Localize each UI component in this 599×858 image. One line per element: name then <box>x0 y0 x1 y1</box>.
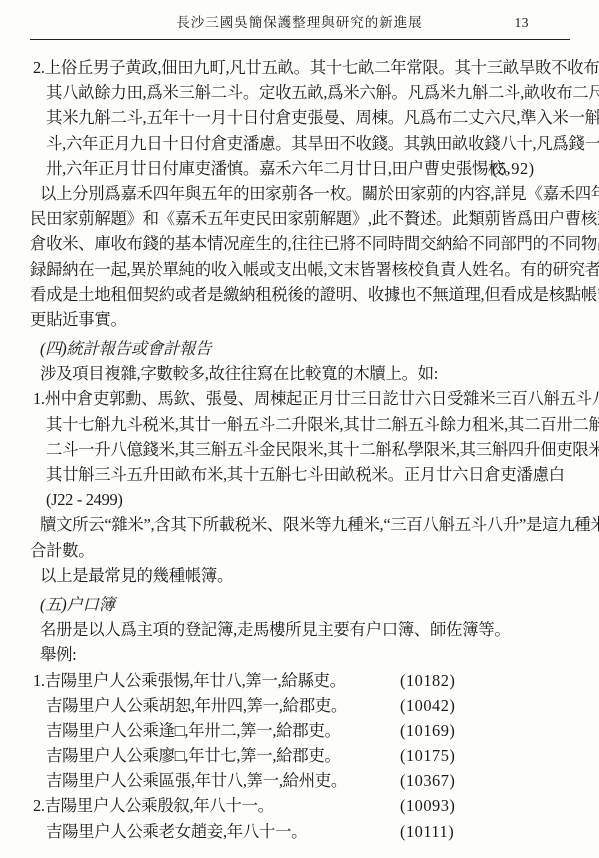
line-text: 1.吉陽里户人公乘張惕,年廿八,筭一,給縣吏。 <box>33 671 346 690</box>
section-heading: (四)統計報告或會計報告 <box>30 336 590 361</box>
text-line: 卅,六年正月廿日付庫吏潘慎。嘉禾六年二月廿日,田户曹史張惕校。(5.92) <box>30 156 590 181</box>
body-text: 2.上俗丘男子黄政,佃田九町,凡廿五畝。其十七畝二年常限。其十三畝旱敗不收布。其… <box>30 55 590 844</box>
text-line: 倉收米、庫收布錢的基本情况産生的,往往已將不同時間交納給不同部門的不同物品的記 <box>30 231 590 256</box>
text-line: 名册是以人爲主項的登記簿,走馬樓所見主要有户口簿、師佐簿等。 <box>30 617 590 642</box>
text-line: 斗,六年正月九日十日付倉吏潘慮。其旱田不收錢。其孰田畝收錢八十,凡爲錢一千 <box>30 131 590 156</box>
text-line: 吉陽里户人公乘胡恕,年卅四,筭一,給郡吏。(10042) <box>30 693 590 718</box>
slip-number: (10175) <box>400 743 455 768</box>
line-text: 其十七斛九斗税米,其廿一斛五斗二升限米,其廿二斛五斗餘力租米,其二百卅二斛 <box>46 415 599 434</box>
line-text: 斗,六年正月九日十日付倉吏潘慮。其旱田不收錢。其孰田畝收錢八十,凡爲錢一千 <box>46 134 599 153</box>
line-text: 二斗一升八億錢米,其三斛五斗金民限米,其十二斛私學限米,其三斛四升佃吏限米, <box>46 440 599 459</box>
line-text: 吉陽里户人公乘胡恕,年卅四,筭一,給郡吏。 <box>46 696 347 715</box>
text-line: 2.吉陽里户人公乘殷叙,年八十一。(10093) <box>30 793 590 818</box>
text-line: 舉例: <box>30 642 590 667</box>
text-line: 合計數。 <box>30 538 590 563</box>
text-line: 涉及項目複雜,字數較多,故往往寫在比較寬的木牘上。如: <box>30 361 590 386</box>
text-line: 其八畝餘力田,爲米三斛二斗。定收五畝,爲米六斛。凡爲米九斛二斗,畝收布二尺。 <box>30 80 590 105</box>
line-text: 2.上俗丘男子黄政,佃田九町,凡廿五畝。其十七畝二年常限。其十三畝旱敗不收布。 <box>33 58 599 77</box>
text-line: 録歸納在一起,異於單純的收入帳或支出帳,文末皆署核校負責人姓名。有的研究者把它 <box>30 257 590 282</box>
line-text: 吉陽里户人公乘老女趙妾,年八十一。 <box>46 822 307 841</box>
text-line: 吉陽里户人公乘區張,年廿八,筭一,給州吏。(10367) <box>30 768 590 793</box>
line-text: (四)統計報告或會計報告 <box>40 339 211 358</box>
text-line: 民田家莂解題》和《嘉禾五年吏民田家莂解題》,此不贅述。此類莂皆爲田户曹核對田家及 <box>30 206 590 231</box>
slip-number: (10111) <box>400 819 454 844</box>
slip-number: (10182) <box>400 668 455 693</box>
text-line: 吉陽里户人公乘老女趙妾,年八十一。(10111) <box>30 819 590 844</box>
text-line: 看成是土地租佃契約或者是繳納租税後的證明、收據也不無道理,但看成是核點帳簿可能 <box>30 282 590 307</box>
line-text: 吉陽里户人公乘逢□,年卅二,筭一,給郡吏。 <box>46 721 341 740</box>
line-text: 民田家莂解題》和《嘉禾五年吏民田家莂解題》,此不贅述。此類莂皆爲田户曹核對田家及 <box>30 209 599 228</box>
line-text: 2.吉陽里户人公乘殷叙,年八十一。 <box>33 796 274 815</box>
line-text: 卅,六年正月廿日付庫吏潘慎。嘉禾六年二月廿日,田户曹史張惕校。 <box>46 159 520 178</box>
text-line: (J22 - 2499) <box>30 487 590 512</box>
line-text: 録歸納在一起,異於單純的收入帳或支出帳,文末皆署核校負責人姓名。有的研究者把它 <box>30 260 599 279</box>
page-header: 長沙三國吳簡保護整理與研究的新進展 13 <box>30 11 569 35</box>
line-text: 1.州中倉吏郭勳、馬欽、張曼、周棟起正月廿三日訖廿六日受雜米三百八斛五斗八升。 <box>33 389 599 408</box>
text-line: 其廿斛三斗五升田畝布米,其十五斛七斗田畝税米。正月廿六日倉吏潘慮白 <box>30 462 590 487</box>
line-text: 以上是最常見的幾種帳簿。 <box>40 566 233 585</box>
line-text: 舉例: <box>40 645 76 664</box>
line-text: 更貼近事實。 <box>30 310 127 329</box>
text-line: 吉陽里户人公乘逢□,年卅二,筭一,給郡吏。(10169) <box>30 718 590 743</box>
text-line: 更貼近事實。 <box>30 307 590 332</box>
slip-number: (10093) <box>400 793 455 818</box>
text-line: 牘文所云“雜米”,含其下所載税米、限米等九種米,“三百八斛五斗八升”是這九種米的 <box>30 512 590 537</box>
text-line: 以上是最常見的幾種帳簿。 <box>30 563 590 588</box>
section-heading: (五)户口簿 <box>30 592 590 617</box>
slip-number: (10169) <box>400 718 455 743</box>
text-line: 其十七斛九斗税米,其廿一斛五斗二升限米,其廿二斛五斗餘力租米,其二百卅二斛 <box>30 412 590 437</box>
page-number: 13 <box>515 11 530 35</box>
text-line: 1.州中倉吏郭勳、馬欽、張曼、周棟起正月廿三日訖廿六日受雜米三百八斛五斗八升。 <box>30 386 590 411</box>
line-text: 以上分別爲嘉禾四年與五年的田家莂各一枚。關於田家莂的内容,詳見《嘉禾四年吏 <box>40 184 599 203</box>
slip-number: (5.92) <box>492 156 535 181</box>
running-title: 長沙三國吳簡保護整理與研究的新進展 <box>30 11 569 35</box>
line-text: 牘文所云“雜米”,含其下所載税米、限米等九種米,“三百八斛五斗八升”是這九種米的 <box>40 515 599 534</box>
text-line: 以上分別爲嘉禾四年與五年的田家莂各一枚。關於田家莂的内容,詳見《嘉禾四年吏 <box>30 181 590 206</box>
line-text: (J22 - 2499) <box>46 490 123 509</box>
slip-number: (10367) <box>400 768 455 793</box>
line-text: 涉及項目複雜,字數較多,故往往寫在比較寬的木牘上。如: <box>40 364 438 383</box>
book-page: 長沙三國吳簡保護整理與研究的新進展 13 2.上俗丘男子黄政,佃田九町,凡廿五畝… <box>0 0 599 858</box>
line-text: 名册是以人爲主項的登記簿,走馬樓所見主要有户口簿、師佐簿等。 <box>40 620 510 639</box>
line-text: 吉陽里户人公乘廖□,年廿七,筭一,給郡吏。 <box>46 746 341 765</box>
line-text: 其廿斛三斗五升田畝布米,其十五斛七斗田畝税米。正月廿六日倉吏潘慮白 <box>46 465 565 484</box>
text-line: 吉陽里户人公乘廖□,年廿七,筭一,給郡吏。(10175) <box>30 743 590 768</box>
header-rule <box>30 39 570 40</box>
line-text: 其八畝餘力田,爲米三斛二斗。定收五畝,爲米六斛。凡爲米九斛二斗,畝收布二尺。 <box>46 83 599 102</box>
line-text: (五)户口簿 <box>40 595 115 614</box>
line-text: 其米九斛二斗,五年十一月十日付倉吏張曼、周棟。凡爲布二丈六尺,準入米一斛七 <box>46 108 599 127</box>
line-text: 看成是土地租佃契約或者是繳納租税後的證明、收據也不無道理,但看成是核點帳簿可能 <box>30 285 599 304</box>
text-line: 二斗一升八億錢米,其三斛五斗金民限米,其十二斛私學限米,其三斛四升佃吏限米, <box>30 437 590 462</box>
slip-number: (10042) <box>400 693 455 718</box>
text-line: 其米九斛二斗,五年十一月十日付倉吏張曼、周棟。凡爲布二丈六尺,準入米一斛七 <box>30 105 590 130</box>
text-line: 2.上俗丘男子黄政,佃田九町,凡廿五畝。其十七畝二年常限。其十三畝旱敗不收布。 <box>30 55 590 80</box>
line-text: 合計數。 <box>30 541 94 560</box>
line-text: 吉陽里户人公乘區張,年廿八,筭一,給州吏。 <box>46 771 347 790</box>
text-line: 1.吉陽里户人公乘張惕,年廿八,筭一,給縣吏。(10182) <box>30 668 590 693</box>
line-text: 倉收米、庫收布錢的基本情况産生的,往往已將不同時間交納給不同部門的不同物品的記 <box>30 234 599 253</box>
